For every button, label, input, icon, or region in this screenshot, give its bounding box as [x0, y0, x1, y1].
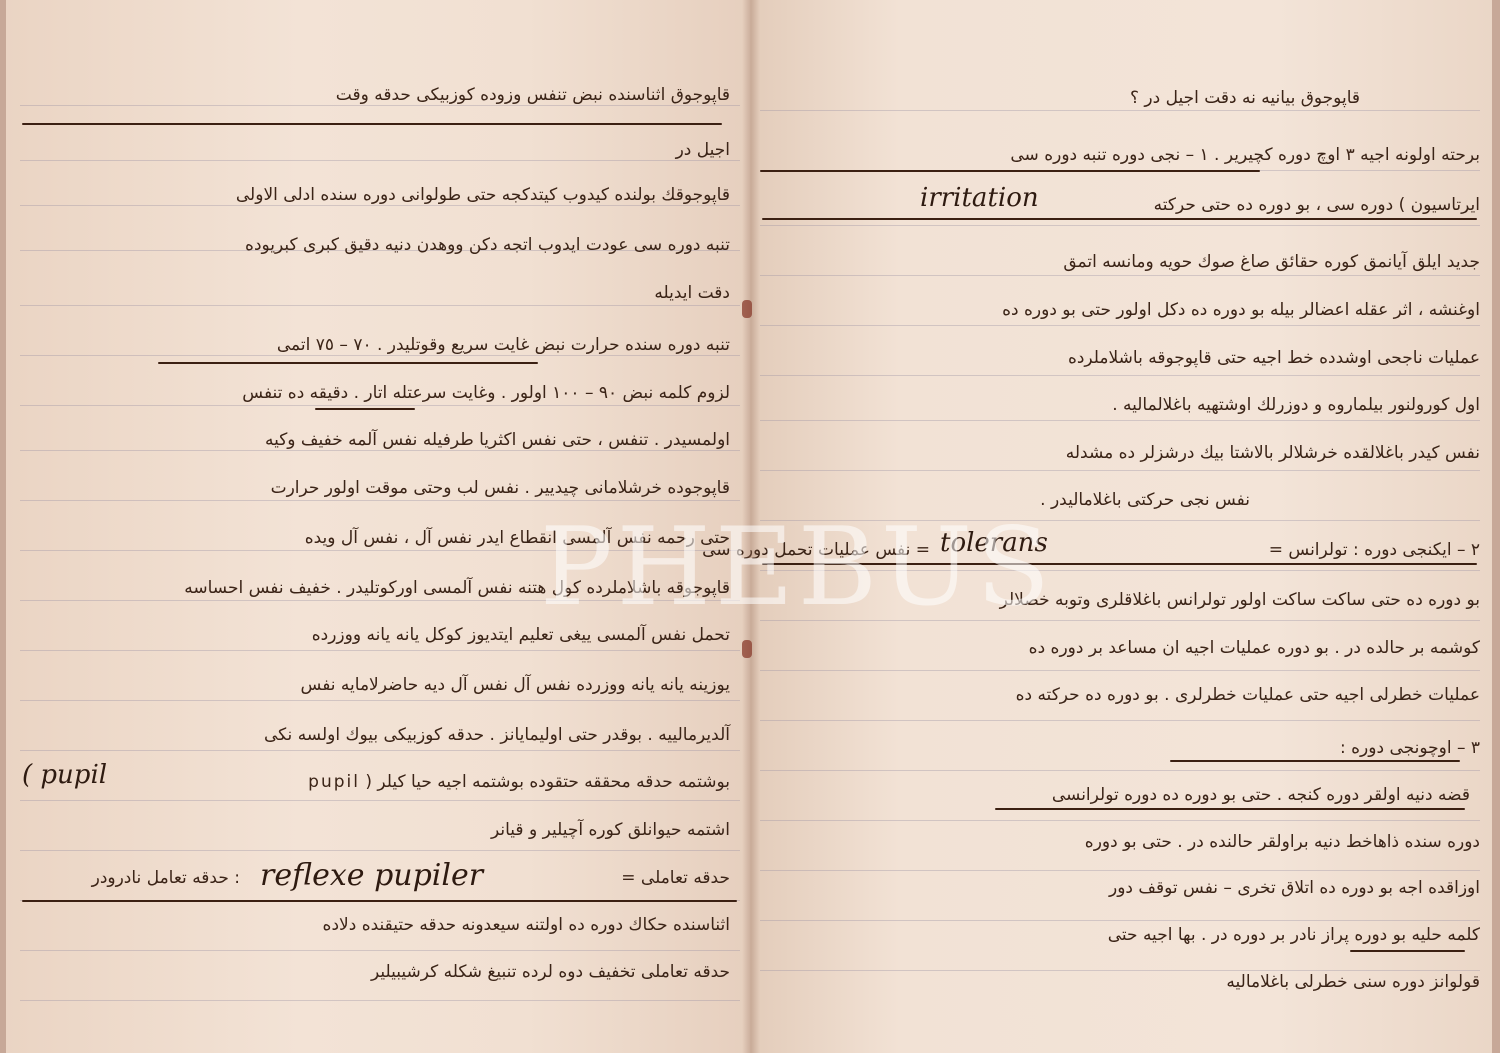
handwritten-line: كلمه حليه بو دوره پراز نادر بر دوره در .… — [780, 925, 1480, 945]
ruled-line — [20, 160, 740, 161]
handwritten-line: عمليات خطرلى اجيه حتى عمليات خطرلرى . بو… — [780, 685, 1480, 705]
handwritten-line: دوره سنده ذاهاخط دنيه براولقر حالنده در … — [780, 832, 1480, 852]
handwritten-line: نفس كيدر باغلالقده خرشلالر بالاشتا بيك د… — [780, 443, 1480, 463]
ruled-line — [20, 105, 740, 106]
ruled-line — [20, 700, 740, 701]
latin-term-irritation: irritation — [920, 183, 1039, 213]
handwritten-line: اولمسيدر . تنفس ، حتى نفس اكثريا طرفيله … — [30, 430, 730, 450]
ruled-line — [20, 950, 740, 951]
binding-staple — [742, 300, 752, 318]
handwritten-line: لزوم كلمه نبض ٩٠ – ١٠٠ اولور . وغايت سرع… — [30, 383, 730, 403]
handwritten-line: آلديرمالييه . بوقدر حتى اوليمايانز . حدق… — [30, 725, 730, 745]
ruled-line — [760, 470, 1480, 471]
handwritten-line: اول كورولنور بيلماروه و دوزرلك اوشتهيه ب… — [780, 395, 1480, 415]
handwritten-line: قضه دنيه اولقر دوره كنجه . حتى بو دوره د… — [780, 785, 1470, 805]
ruled-line — [760, 770, 1480, 771]
handwritten-line: حدقه تعاملى = — [470, 868, 730, 888]
underline — [22, 123, 722, 125]
handwritten-line: تنبه دوره سنده حرارت نبض غايت سريع وقوتل… — [30, 335, 730, 355]
notebook-spread: قاپوجوق اثناسنده نبض تنفس وزوده كوزبيكى … — [0, 0, 1500, 1053]
handwritten-line: قاپوجوده خرشلامانى چيديير . نفس لب وحتى … — [30, 478, 730, 498]
ruled-line — [20, 355, 740, 356]
right-page-edge — [1492, 0, 1500, 1053]
ruled-line — [20, 1000, 740, 1001]
ruled-line — [20, 450, 740, 451]
handwritten-line: كوشمه بر حالده در . بو دوره عمليات اجيه … — [780, 638, 1480, 658]
handwritten-line: يوزينه يانه يانه ووزرده نفس آل نفس آل دي… — [30, 675, 730, 695]
handwritten-line: قاپوجوقك بولنده كيدوب كيتدكجه حتى طولوان… — [30, 185, 730, 205]
underline — [315, 408, 415, 410]
handwritten-line: ايرتاسيون ) دوره سى ، بو دوره ده حتى حرك… — [1000, 195, 1480, 215]
handwritten-line: قولوانز دوره سنى خطرلى باغلاماليه — [880, 972, 1480, 992]
underline — [995, 808, 1465, 810]
ruled-line — [760, 970, 1480, 971]
handwritten-line: برحته اولونه اجيه ٣ اوچ دوره كچيرير . ١ … — [780, 145, 1480, 165]
watermark: PHEBUS — [540, 505, 1054, 630]
ruled-line — [760, 375, 1480, 376]
handwritten-line: اوزاقده اجه بو دوره ده اتلاق تخرى – نفس … — [780, 878, 1480, 898]
latin-term-reflexe-pupiler: reflexe pupiler — [260, 858, 483, 893]
ruled-line — [20, 405, 740, 406]
underline — [760, 170, 1260, 172]
handwritten-line: جديد ايلق آيانمق كوره حقائق صاغ صوك حويه… — [780, 252, 1480, 272]
ruled-line — [20, 800, 740, 801]
ruled-line — [20, 650, 740, 651]
binding-staple — [742, 640, 752, 658]
ruled-line — [760, 225, 1480, 226]
ruled-line — [760, 325, 1480, 326]
handwritten-line: ٣ – اوچونجى دوره : — [1180, 738, 1480, 758]
handwritten-line: اشتمه حيوانلق كوره آچيلير و قيانر — [30, 820, 730, 840]
handwritten-line: اثناسنده حكاك دوره ده اولتنه سيعدونه حدق… — [30, 915, 730, 935]
ruled-line — [760, 420, 1480, 421]
underline — [762, 218, 1477, 220]
ruled-line — [760, 110, 1480, 111]
ruled-line — [20, 850, 740, 851]
ruled-line — [20, 205, 740, 206]
handwritten-line: اجيل در — [30, 140, 730, 160]
handwritten-line: : حدقه تعامل نادرودر — [40, 868, 240, 888]
ruled-line — [760, 870, 1480, 871]
ruled-line — [20, 500, 740, 501]
ruled-line — [760, 820, 1480, 821]
underline — [158, 362, 538, 364]
ruled-line — [760, 670, 1480, 671]
handwritten-line: تنبه دوره سى عودت ايدوب اتجه دكن ووهدن د… — [30, 235, 730, 255]
ruled-line — [760, 275, 1480, 276]
handwritten-line: قاپوجوق بيانيه نه دقت اجيل در ؟ — [780, 88, 1360, 108]
underline — [22, 900, 737, 902]
ruled-line — [20, 750, 740, 751]
left-page-edge — [0, 0, 6, 1053]
handwritten-line: بوشتمه حدقه محققه حتقوده بوشتمه اجيه حيا… — [170, 772, 730, 792]
latin-term-pupil: ( pupil — [22, 760, 107, 790]
handwritten-line: اوغنشه ، اثر عقله اعضالر بيله بو دوره ده… — [780, 300, 1480, 320]
handwritten-line: ٢ – ايكنجى دوره : تولرانس = — [1210, 540, 1480, 560]
handwritten-line: عمليات ناجحى اوشدده خط اجيه حتى قاپوجوقه… — [780, 348, 1480, 368]
underline — [1350, 950, 1465, 952]
ruled-line — [760, 920, 1480, 921]
handwritten-line: دقت ايديله — [30, 283, 730, 303]
ruled-line — [20, 305, 740, 306]
underline — [1170, 760, 1460, 762]
ruled-line — [760, 720, 1480, 721]
handwritten-line: قاپوجوق اثناسنده نبض تنفس وزوده كوزبيكى … — [30, 85, 730, 105]
handwritten-line: حدقه تعاملى تخفيف دوه لرده تنبيغ شكله كر… — [110, 962, 730, 982]
